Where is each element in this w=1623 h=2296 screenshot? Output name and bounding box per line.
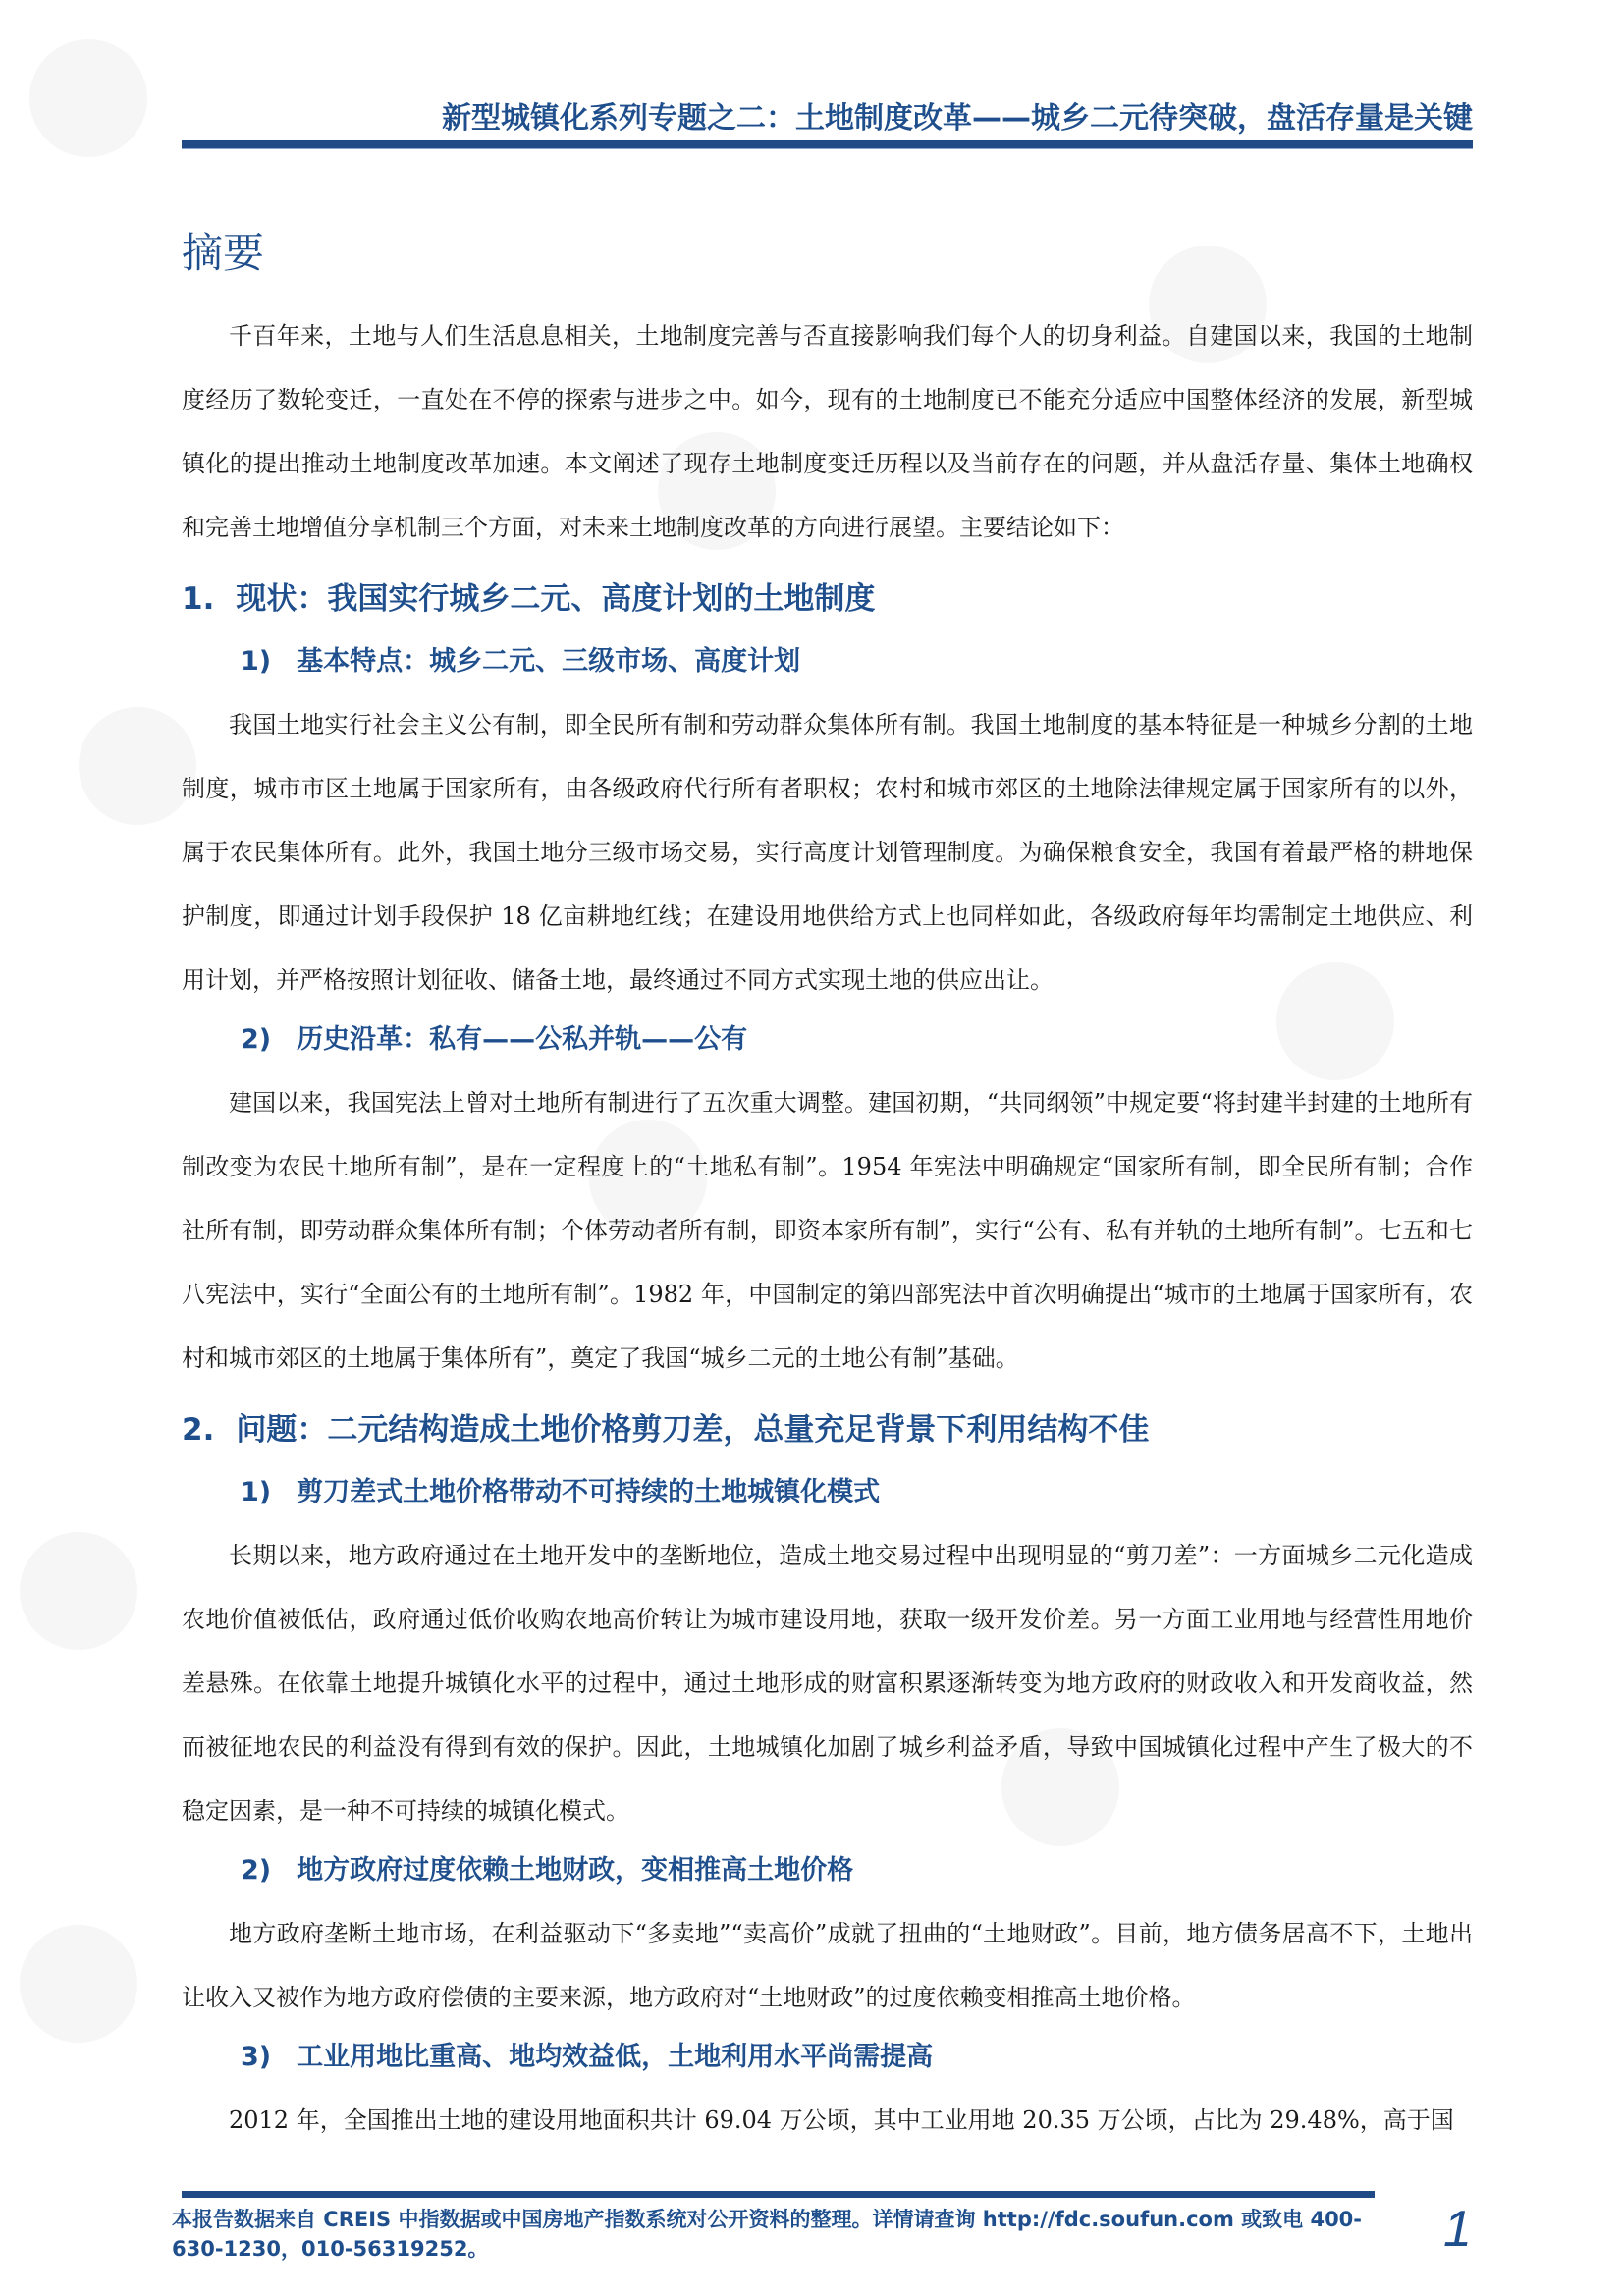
page-number: 1 — [1443, 2200, 1472, 2259]
section-title: 问题：二元结构造成土地价格剪刀差，总量充足背景下利用结构不佳 — [236, 1412, 1149, 1448]
section-heading-2: 2.问题：二元结构造成土地价格剪刀差，总量充足背景下利用结构不佳 — [182, 1402, 1473, 1457]
subsection-number: 2) — [241, 1024, 271, 1055]
subsection-title: 基本特点：城乡二元、三级市场、高度计划 — [297, 646, 800, 677]
subsection-heading-2-1: 1)剪刀差式土地价格带动不可持续的土地城镇化模式 — [241, 1465, 1473, 1520]
report-header-title: 新型城镇化系列专题之二：土地制度改革——城乡二元待突破，盘活存量是关键 — [442, 93, 1473, 137]
section-heading-1: 1.现状：我国实行城乡二元、高度计划的土地制度 — [182, 572, 1473, 627]
footer-divider — [182, 2191, 1375, 2198]
subsection-title: 工业用地比重高、地均效益低，土地利用水平尚需提高 — [297, 2042, 933, 2072]
subsection-number: 3) — [241, 2042, 271, 2072]
abstract-title: 摘要 — [182, 221, 264, 280]
subsection-number: 2) — [241, 1855, 271, 1886]
subsection-heading-2-3: 3)工业用地比重高、地均效益低，土地利用水平尚需提高 — [241, 2030, 1473, 2085]
subsection-paragraph: 2012 年，全国推出土地的建设用地面积共计 69.04 万公顷，其中工业用地 … — [182, 2089, 1473, 2153]
subsection-title: 地方政府过度依赖土地财政，变相推高土地价格 — [297, 1855, 853, 1886]
subsection-paragraph: 地方政府垄断土地市场，在利益驱动下“多卖地”“卖高价”成就了扭曲的“土地财政”。… — [182, 1902, 1473, 2030]
subsection-paragraph: 长期以来，地方政府通过在土地开发中的垄断地位，造成土地交易过程中出现明显的“剪刀… — [182, 1524, 1473, 1843]
subsection-title: 剪刀差式土地价格带动不可持续的土地城镇化模式 — [297, 1477, 880, 1507]
header-divider — [182, 140, 1473, 149]
subsection-heading-2-2: 2)地方政府过度依赖土地财政，变相推高土地价格 — [241, 1843, 1473, 1898]
abstract-paragraph: 千百年来，土地与人们生活息息相关，土地制度完善与否直接影响我们每个人的切身利益。… — [182, 304, 1473, 560]
subsection-title: 历史沿革：私有——公私并轨——公有 — [297, 1024, 747, 1055]
subsection-paragraph: 我国土地实行社会主义公有制，即全民所有制和劳动群众集体所有制。我国土地制度的基本… — [182, 693, 1473, 1012]
section-number: 2. — [182, 1412, 214, 1448]
subsection-paragraph: 建国以来，我国宪法上曾对土地所有制进行了五次重大调整。建国初期，“共同纲领”中规… — [182, 1071, 1473, 1391]
watermark-logo — [20, 1532, 137, 1650]
document-body: 千百年来，土地与人们生活息息相关，土地制度完善与否直接影响我们每个人的切身利益。… — [182, 304, 1473, 2153]
section-title: 现状：我国实行城乡二元、高度计划的土地制度 — [236, 581, 875, 617]
watermark-logo — [79, 707, 196, 825]
section-number: 1. — [182, 581, 214, 617]
subsection-heading-1-1: 1)基本特点：城乡二元、三级市场、高度计划 — [241, 634, 1473, 689]
subsection-heading-1-2: 2)历史沿革：私有——公私并轨——公有 — [241, 1012, 1473, 1067]
subsection-number: 1) — [241, 646, 271, 677]
subsection-number: 1) — [241, 1477, 271, 1507]
watermark-logo — [29, 39, 147, 157]
watermark-logo — [20, 1925, 137, 2043]
footer-disclaimer: 本报告数据来自 CREIS 中指数据或中国房地产指数系统对公开资料的整理。详情请… — [172, 2205, 1389, 2264]
